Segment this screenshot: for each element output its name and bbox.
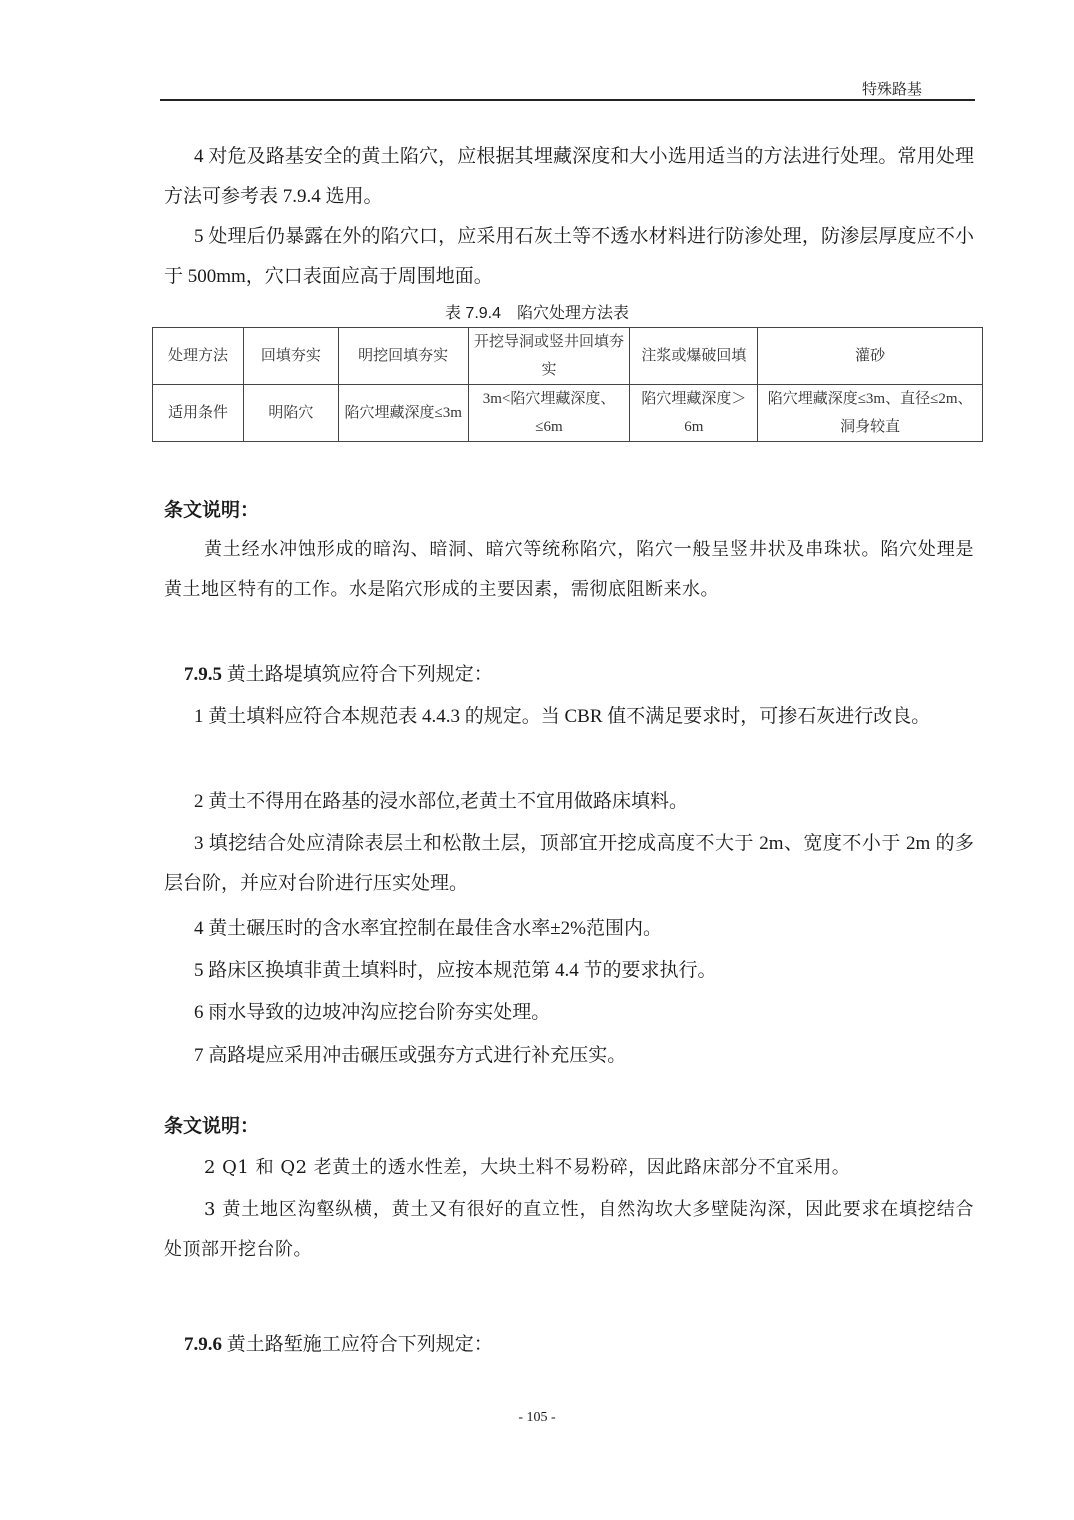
table-cell: 明挖回填夯实 <box>338 328 468 385</box>
clause-note-title: 条文说明： <box>164 1106 974 1146</box>
section-title: 黄土路堤填筑应符合下列规定： <box>227 664 493 685</box>
table-cell: 明陷穴 <box>243 385 338 442</box>
list-item: 4 黄土碾压时的含水率宜控制在最佳含水率±2%范围内。 <box>164 909 974 949</box>
running-header-title: 特殊路基 <box>862 78 922 99</box>
clause-note-title: 条文说明： <box>164 490 974 530</box>
list-item: 5 路床区换填非黄土填料时，应按本规范第 4.4 节的要求执行。 <box>164 951 974 991</box>
list-item: 3 填挖结合处应清除表层土和松散土层，顶部宜开挖成高度不大于 2m、宽度不小于 … <box>164 824 974 904</box>
table-cell: 回填夯实 <box>243 328 338 385</box>
table-row: 适用条件 明陷穴 陷穴埋藏深度≤3m 3m<陷穴埋藏深度、≤6m 陷穴埋藏深度＞… <box>153 385 983 442</box>
page-number: - 105 - <box>0 1410 1074 1426</box>
section-heading-7-9-5: 7.9.5 黄土路堤填筑应符合下列规定： <box>184 655 974 695</box>
table-cell: 开挖导洞或竖井回填夯实 <box>468 328 630 385</box>
table-cell: 注浆或爆破回填 <box>630 328 758 385</box>
table-cell: 3m<陷穴埋藏深度、≤6m <box>468 385 630 442</box>
row-header: 处理方法 <box>153 328 244 385</box>
row-header: 适用条件 <box>153 385 244 442</box>
list-item: 6 雨水导致的边坡冲沟应挖台阶夯实处理。 <box>164 993 974 1033</box>
table-cell: 灌砂 <box>758 328 983 385</box>
table-row: 处理方法 回填夯实 明挖回填夯实 开挖导洞或竖井回填夯实 注浆或爆破回填 灌砂 <box>153 328 983 385</box>
pit-treatment-table: 处理方法 回填夯实 明挖回填夯实 开挖导洞或竖井回填夯实 注浆或爆破回填 灌砂 … <box>152 327 983 442</box>
section-title: 黄土路堑施工应符合下列规定： <box>227 1334 493 1355</box>
table-cell: 陷穴埋藏深度≤3m、直径≤2m、洞身较直 <box>758 385 983 442</box>
table-cell: 陷穴埋藏深度＞6m <box>630 385 758 442</box>
header-rule <box>160 99 975 101</box>
clause-note-item: 3 黄土地区沟壑纵横，黄土又有很好的直立性，自然沟坎大多壁陡沟深，因此要求在填挖… <box>164 1190 974 1270</box>
list-item: 2 黄土不得用在路基的浸水部位,老黄土不宜用做路床填料。 <box>164 782 974 822</box>
table-caption: 表 7.9.4 陷穴处理方法表 <box>0 300 1074 323</box>
table-cell: 陷穴埋藏深度≤3m <box>338 385 468 442</box>
paragraph-text: 4 对危及路基安全的黄土陷穴，应根据其埋藏深度和大小选用适当的方法进行处 <box>194 146 859 167</box>
clause-note-item: 2 Q1 和 Q2 老黄土的透水性差，大块土料不易粉碎，因此路床部分不宜采用。 <box>164 1148 974 1188</box>
list-item: 7 高路堤应采用冲击碾压或强夯方式进行补充压实。 <box>164 1036 974 1076</box>
list-item: 1 黄土填料应符合本规范表 4.4.3 的规定。当 CBR 值不满足要求时，可掺… <box>164 697 974 737</box>
paragraph-text: 5 处理后仍暴露在外的陷穴口，应采用石灰土等不透水材料进行防渗处理，防渗层 <box>194 226 878 247</box>
paragraph-item-5: 5 处理后仍暴露在外的陷穴口，应采用石灰土等不透水材料进行防渗处理，防渗层厚度应… <box>164 217 974 297</box>
clause-note-text: 黄土经水冲蚀形成的暗沟、暗洞、暗穴等统称陷穴，陷穴一般呈竖井状及串珠状。陷穴处理… <box>164 530 974 610</box>
section-number: 7.9.6 <box>184 1334 222 1355</box>
section-heading-7-9-6: 7.9.6 黄土路堑施工应符合下列规定： <box>184 1325 974 1365</box>
section-number: 7.9.5 <box>184 664 222 685</box>
paragraph-item-4: 4 对危及路基安全的黄土陷穴，应根据其埋藏深度和大小选用适当的方法进行处理。常用… <box>164 137 974 217</box>
